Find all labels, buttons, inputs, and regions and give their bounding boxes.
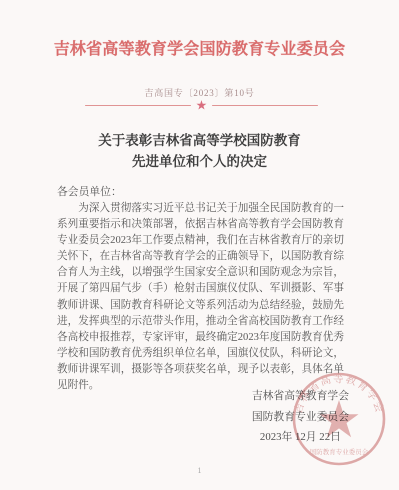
signature-org-line1: 吉林省高等教育学会 — [252, 386, 349, 407]
document-title-line2: 先进单位和个人的决定 — [0, 151, 399, 172]
signature-block: 吉林省高等教育学会 国防教育专业委员会 2023年 12月 22日 — [252, 386, 349, 448]
body-paragraph: 为深入贯彻落实习近平总书记关于加强全民国防教育的一系列重要指示和决策部署，依据吉… — [57, 201, 344, 394]
document-header-org-name: 吉林省高等教育学会国防教育专业委员会 — [0, 36, 399, 59]
document-title-line1: 关于表彰吉林省高等学校国防教育 — [0, 130, 399, 151]
header-divider: ★ — [85, 99, 318, 112]
divider-line-left — [85, 105, 191, 106]
official-document-page: 吉林省高等教育学会国防教育专业委员会 吉高国专〔2023〕第10号 ★ 关于表彰… — [0, 0, 399, 490]
divider-line-right — [212, 105, 318, 106]
signature-date: 2023年 12月 22日 — [252, 427, 349, 448]
signature-org-line2: 国防教育专业委员会 — [252, 407, 349, 428]
document-title: 关于表彰吉林省高等学校国防教育 先进单位和个人的决定 — [0, 130, 399, 172]
star-icon: ★ — [196, 99, 208, 112]
page-number: 1 — [0, 466, 399, 475]
seal-bottom-text: 国防教育专业委员会 — [310, 447, 369, 456]
salutation: 各会员单位： — [57, 184, 122, 199]
